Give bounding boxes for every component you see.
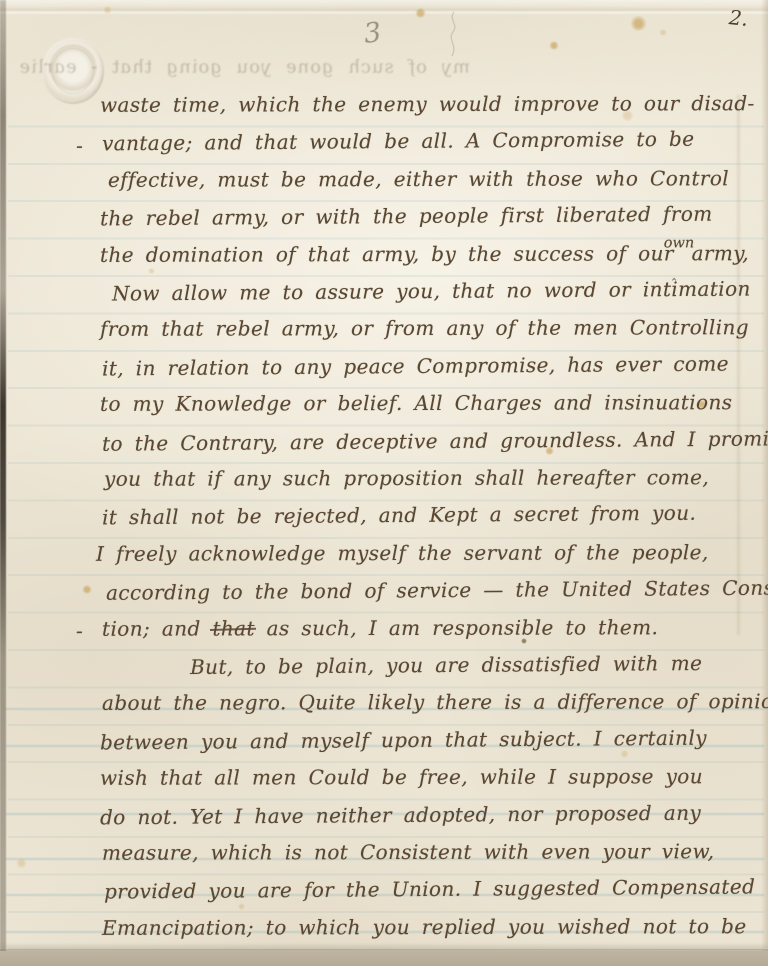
manuscript-line: -tion; and that as such, I am responsibl… xyxy=(102,617,658,638)
hyphen-continuation-dash: - xyxy=(76,620,83,640)
stain xyxy=(238,903,245,910)
manuscript-line: do not. Yet I have neither adopted, nor … xyxy=(100,802,701,827)
manuscript-line: waste time, which the enemy would improv… xyxy=(100,93,755,115)
hyphen-continuation-dash: - xyxy=(76,136,83,156)
stain xyxy=(549,41,559,50)
inserted-word: own xyxy=(664,236,695,251)
stain xyxy=(16,858,27,868)
page-edge-bottom xyxy=(0,949,768,966)
struck-through-word: that xyxy=(212,616,255,640)
manuscript-line: to the Contrary, are deceptive and groun… xyxy=(102,428,768,453)
manuscript-line: provided you are for the Union. I sugges… xyxy=(104,877,755,902)
manuscript-line: wish that all men Could be free, while I… xyxy=(100,766,703,788)
pencil-numeral: 3 xyxy=(362,17,383,50)
manuscript-line: -vantage; and that would be all. A Compr… xyxy=(102,129,695,154)
crease-mark xyxy=(444,10,462,58)
manuscript-line: the rebel army, or with the people first… xyxy=(100,204,713,229)
horizontal-fold-crease xyxy=(0,11,768,14)
manuscript-line: to my Knowledge or belief. All Charges a… xyxy=(100,392,732,414)
manuscript-line: Now allow me to assure you, that no word… xyxy=(112,278,751,303)
manuscript-line: you that if any such proposition shall h… xyxy=(104,467,709,489)
page-edge-top xyxy=(0,0,768,8)
bleedthrough-text: my of such gone you going that - earlies… xyxy=(16,57,472,78)
stain xyxy=(630,16,647,31)
manuscript-page-scan: my of such gone you going that - earlies… xyxy=(0,0,768,966)
manuscript-line: But, to be plain, you are dissatisfied w… xyxy=(190,653,702,677)
vertical-crease xyxy=(737,95,740,635)
manuscript-line: about the negro. Quite likely there is a… xyxy=(102,691,768,713)
page-number: 2. xyxy=(728,5,749,31)
manuscript-line: I freely acknowledge myself the servant … xyxy=(96,542,709,564)
stain xyxy=(148,268,155,274)
stain xyxy=(659,29,667,36)
manuscript-line: from that rebel army, or from any of the… xyxy=(100,318,749,340)
manuscript-line: it, in relation to any peace Compromise,… xyxy=(102,353,729,378)
page-edge-right xyxy=(761,0,768,966)
manuscript-line: Emancipation; to which you replied you w… xyxy=(102,916,747,938)
manuscript-line: measure, which is not Consistent with ev… xyxy=(102,841,714,863)
manuscript-line: according to the bond of service — the U… xyxy=(106,577,768,603)
stain xyxy=(82,585,92,594)
page-edge-left xyxy=(0,0,6,966)
manuscript-line: between you and myself upon that subject… xyxy=(100,727,707,752)
manuscript-line: the domination of that army, by the succ… xyxy=(100,243,749,265)
manuscript-line: effective, must be made, either with tho… xyxy=(108,168,729,190)
stain xyxy=(620,750,629,758)
manuscript-line: it shall not be rejected, and Kept a sec… xyxy=(102,503,696,528)
